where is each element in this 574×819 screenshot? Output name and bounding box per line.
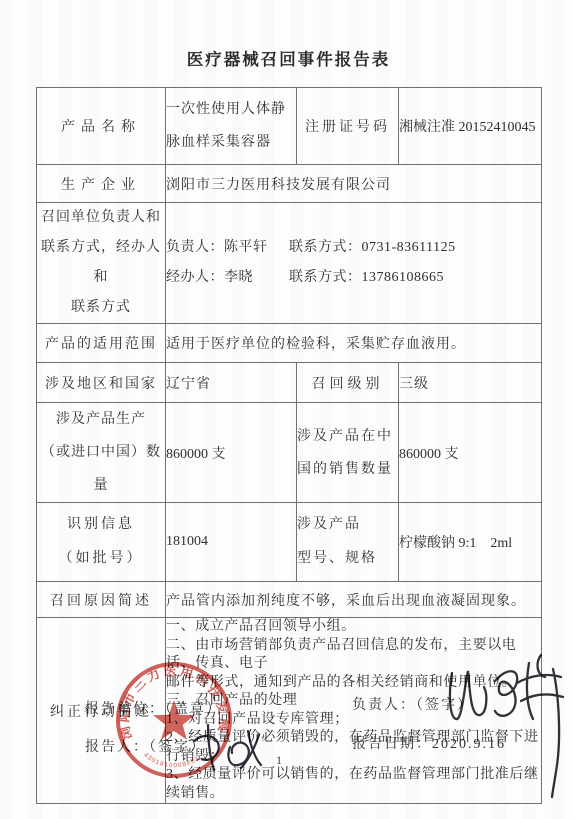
handler-person: 经办人：李晓 — [166, 263, 285, 293]
identification-label-line2: （如批号） — [37, 542, 165, 576]
page-number: 1 — [276, 753, 282, 768]
recall-reason-label: 召回原因简述 — [37, 582, 166, 618]
reporter-signature — [184, 713, 270, 777]
responsible-signature — [443, 641, 574, 801]
registration-no-label: 注册证号码 — [297, 88, 399, 165]
document-page: 医疗器械召回事件报告表 产品名称 一次性使用人体静 脉血样采集容器 注册证号码 … — [0, 0, 574, 819]
production-qty-label-line1: 涉及产品生产 — [37, 403, 165, 436]
identification-label-line1: 识别信息 — [37, 508, 165, 542]
contact-line-handler: 经办人：李晓 联系方式：13786108665 — [166, 263, 541, 293]
contacts-value: 负责人：陈平轩 联系方式：0731-83611125 经办人：李晓 联系方式：1… — [166, 203, 542, 324]
table-row: 涉及产品生产 （或进口中国）数量 860000 支 涉及产品在中 国的销售数量 … — [37, 403, 542, 503]
contacts-label-line3: 联系方式 — [37, 293, 165, 323]
product-name-label: 产品名称 — [37, 88, 166, 165]
product-name-line1: 一次性使用人体静 — [166, 93, 296, 126]
corrective-line: 一、成立产品召回领导小组。 — [166, 618, 541, 637]
table-row: 生产企业 浏阳市三力医用科技发展有限公司 — [37, 165, 542, 203]
model-spec-value: 柠檬酸钠 9:1 2ml — [399, 503, 542, 582]
identification-value: 181004 — [166, 503, 297, 582]
model-spec-label-line1: 涉及产品 — [297, 508, 398, 542]
region-value: 辽宁省 — [166, 363, 297, 403]
china-sales-label: 涉及产品在中 国的销售数量 — [297, 403, 399, 503]
responsible-phone: 联系方式：0731-83611125 — [289, 240, 456, 255]
model-spec-label: 涉及产品 型号、规格 — [297, 503, 399, 582]
page-title: 医疗器械召回事件报告表 — [36, 46, 541, 70]
contacts-label: 召回单位负责人和 联系方式，经办人和 联系方式 — [37, 203, 166, 324]
recall-reason-value: 产品管内添加剂纯度不够，采血后出现血液凝固现象。 — [166, 582, 542, 618]
contact-line-responsible: 负责人：陈平轩 联系方式：0731-83611125 — [166, 233, 541, 263]
production-qty-label: 涉及产品生产 （或进口中国）数量 — [37, 403, 166, 503]
registration-no-value: 湘械注准 20152410045 — [399, 88, 542, 165]
china-sales-label-line1: 涉及产品在中 — [297, 420, 398, 453]
manufacturer-label: 生产企业 — [37, 165, 166, 203]
model-spec-label-line2: 型号、规格 — [297, 542, 398, 576]
scope-value: 适用于医疗单位的检验科，采集贮存血液用。 — [166, 324, 542, 363]
product-name-line2: 脉血样采集容器 — [166, 126, 296, 159]
contacts-label-line1: 召回单位负责人和 — [37, 203, 165, 233]
table-row: 召回单位负责人和 联系方式，经办人和 联系方式 负责人：陈平轩 联系方式：073… — [37, 203, 542, 324]
china-sales-value: 860000 支 — [399, 403, 542, 503]
manufacturer-value: 浏阳市三力医用科技发展有限公司 — [166, 165, 542, 203]
region-label: 涉及地区和国家 — [37, 363, 166, 403]
product-name-value: 一次性使用人体静 脉血样采集容器 — [166, 88, 297, 165]
production-qty-label-line2: （或进口中国）数量 — [37, 436, 165, 502]
responsible-person: 负责人：陈平轩 — [166, 233, 285, 263]
contacts-label-line2: 联系方式，经办人和 — [37, 233, 165, 293]
recall-level-value: 三级 — [399, 363, 542, 403]
handler-phone: 联系方式：13786108665 — [289, 270, 444, 285]
table-row: 涉及地区和国家 辽宁省 召回级别 三级 — [37, 363, 542, 403]
table-row: 识别信息 （如批号） 181004 涉及产品 型号、规格 柠檬酸钠 9:1 2m… — [37, 503, 542, 582]
report-date-label: 报告日期： — [352, 737, 432, 752]
scope-label: 产品的适用范围 — [37, 324, 166, 363]
recall-level-label: 召回级别 — [297, 363, 399, 403]
production-qty-value: 860000 支 — [166, 403, 297, 503]
table-row: 召回原因简述 产品管内添加剂纯度不够，采血后出现血液凝固现象。 — [37, 582, 542, 618]
table-row: 产品的适用范围 适用于医疗单位的检验科，采集贮存血液用。 — [37, 324, 542, 363]
identification-label: 识别信息 （如批号） — [37, 503, 166, 582]
china-sales-label-line2: 国的销售数量 — [297, 453, 398, 486]
table-row: 产品名称 一次性使用人体静 脉血样采集容器 注册证号码 湘械注准 2015241… — [37, 88, 542, 165]
